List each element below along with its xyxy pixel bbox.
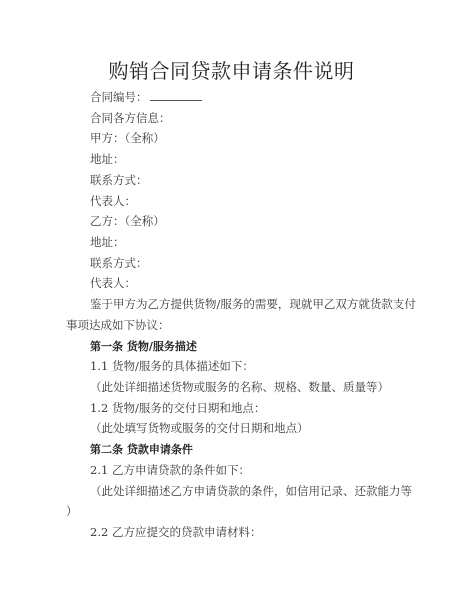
parties-label: 合同各方信息： — [90, 110, 171, 126]
party-a-address: 地址： — [90, 151, 125, 167]
party-b-representative: 代表人： — [90, 275, 136, 291]
contract-number-blank — [150, 90, 202, 101]
clause-1-1-note: （此处详细描述货物或服务的名称、规格、数量、质量等） — [90, 379, 389, 395]
party-a-representative: 代表人： — [90, 193, 136, 209]
contract-number-label: 合同编号： — [90, 90, 148, 104]
clause-2-2: 2.2 乙方应提交的贷款申请材料： — [90, 524, 261, 540]
article-2-heading: 第二条 贷款申请条件 — [90, 441, 193, 457]
clause-2-1-note-line-2: ） — [66, 503, 78, 519]
party-b: 乙方：（全称） — [90, 213, 165, 229]
preamble-line-2: 事项达成如下协议： — [66, 317, 170, 333]
party-b-address: 地址： — [90, 234, 125, 250]
party-a-contact: 联系方式： — [90, 172, 148, 188]
document-title: 购销合同贷款申请条件说明 — [0, 55, 463, 84]
party-b-contact: 联系方式： — [90, 255, 148, 271]
clause-2-1: 2.1 乙方申请贷款的条件如下： — [90, 462, 250, 478]
clause-2-1-note-line-1: （此处详细描述乙方申请贷款的条件，如信用记录、还款能力等 — [90, 483, 412, 499]
article-1-heading: 第一条 货物/服务描述 — [90, 338, 197, 354]
preamble-line-1: 鉴于甲方为乙方提供货物/服务的需要，现就甲乙双方就货款支付 — [90, 296, 416, 312]
party-a: 甲方：（全称） — [90, 130, 165, 146]
clause-1-1: 1.1 货物/服务的具体描述如下： — [90, 358, 254, 374]
contract-number-line: 合同编号： — [90, 89, 202, 105]
clause-1-2: 1.2 货物/服务的交付日期和地点： — [90, 400, 265, 416]
clause-1-2-note: （此处填写货物或服务的交付日期和地点） — [90, 420, 309, 436]
